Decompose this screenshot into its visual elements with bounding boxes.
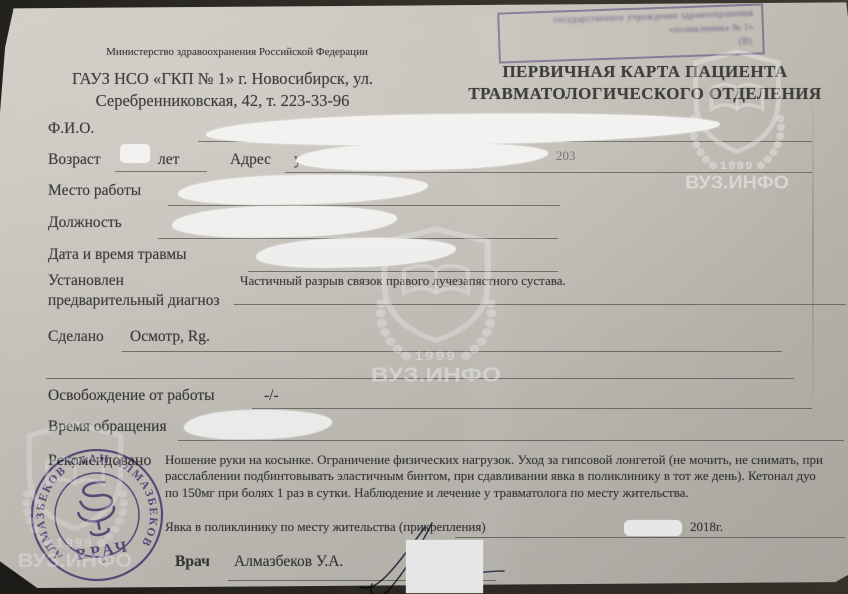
form-line	[168, 205, 560, 206]
age-label: Возраст	[48, 151, 101, 169]
redaction-blob	[624, 520, 682, 536]
registration-stamp-text: (В)	[739, 36, 753, 46]
address-remnant: 203	[556, 148, 576, 164]
document-photo: Министерство здравоохранения Российской …	[0, 0, 848, 594]
ministry-line: Министерство здравоохранения Российской …	[92, 46, 382, 58]
doctor-name: Алмазбеков У.А.	[234, 553, 343, 571]
age-units: лет	[158, 151, 179, 169]
form-line	[115, 171, 207, 172]
recommendation-text: Ношение руки на косынке. Ограничение физ…	[165, 452, 827, 501]
doctor-round-stamp: АЛМАЗБЕКОВ УЛАН АЛМАЗБЕКОВИЧ * ВРАЧ	[10, 428, 184, 594]
form-line	[248, 271, 558, 272]
fio-label: Ф.И.О.	[48, 120, 94, 138]
redaction-blob	[120, 144, 150, 163]
address-label: Адрес	[230, 151, 271, 169]
redaction-blob	[406, 540, 483, 593]
bowl-of-hygieia-icon	[74, 480, 119, 538]
position-label: Должность	[48, 214, 122, 232]
document-title-line2: ТРАВМАТОЛОГИЧЕСКОГО ОТДЕЛЕНИЯ	[445, 84, 845, 104]
followup-year: 2018г.	[690, 519, 723, 535]
registration-stamp-text: «поликлиника № 1»	[669, 22, 754, 35]
document-title-line1: ПЕРВИЧНАЯ КАРТА ПАЦИЕНТА	[445, 62, 845, 82]
form-line	[285, 172, 812, 173]
stamp-bottom-mark: *	[102, 558, 109, 570]
done-label: Сделано	[48, 328, 104, 346]
registration-stamp: государственное учреждение здравоохранен…	[497, 3, 765, 63]
work-release-label: Освобождение от работы	[48, 387, 215, 405]
diagnosis-label: предварительный диагноз	[48, 292, 220, 310]
form-line	[234, 304, 846, 305]
form-line	[178, 440, 844, 441]
injury-datetime-label: Дата и время травмы	[48, 246, 187, 264]
done-value: Осмотр, Rg.	[130, 328, 210, 346]
form-line	[122, 351, 782, 352]
organization-name: ГАУЗ НСО «ГКП № 1» г. Новосибирск, ул. С…	[55, 68, 390, 113]
diagnosis-label: Установлен	[48, 272, 124, 290]
form-line	[252, 408, 812, 409]
separator-line	[46, 378, 794, 379]
work-release-value: -/-	[264, 387, 279, 405]
workplace-label: Место работы	[48, 182, 141, 200]
diagnosis-value: Частичный разрыв связок правого лучезапя…	[240, 273, 566, 289]
